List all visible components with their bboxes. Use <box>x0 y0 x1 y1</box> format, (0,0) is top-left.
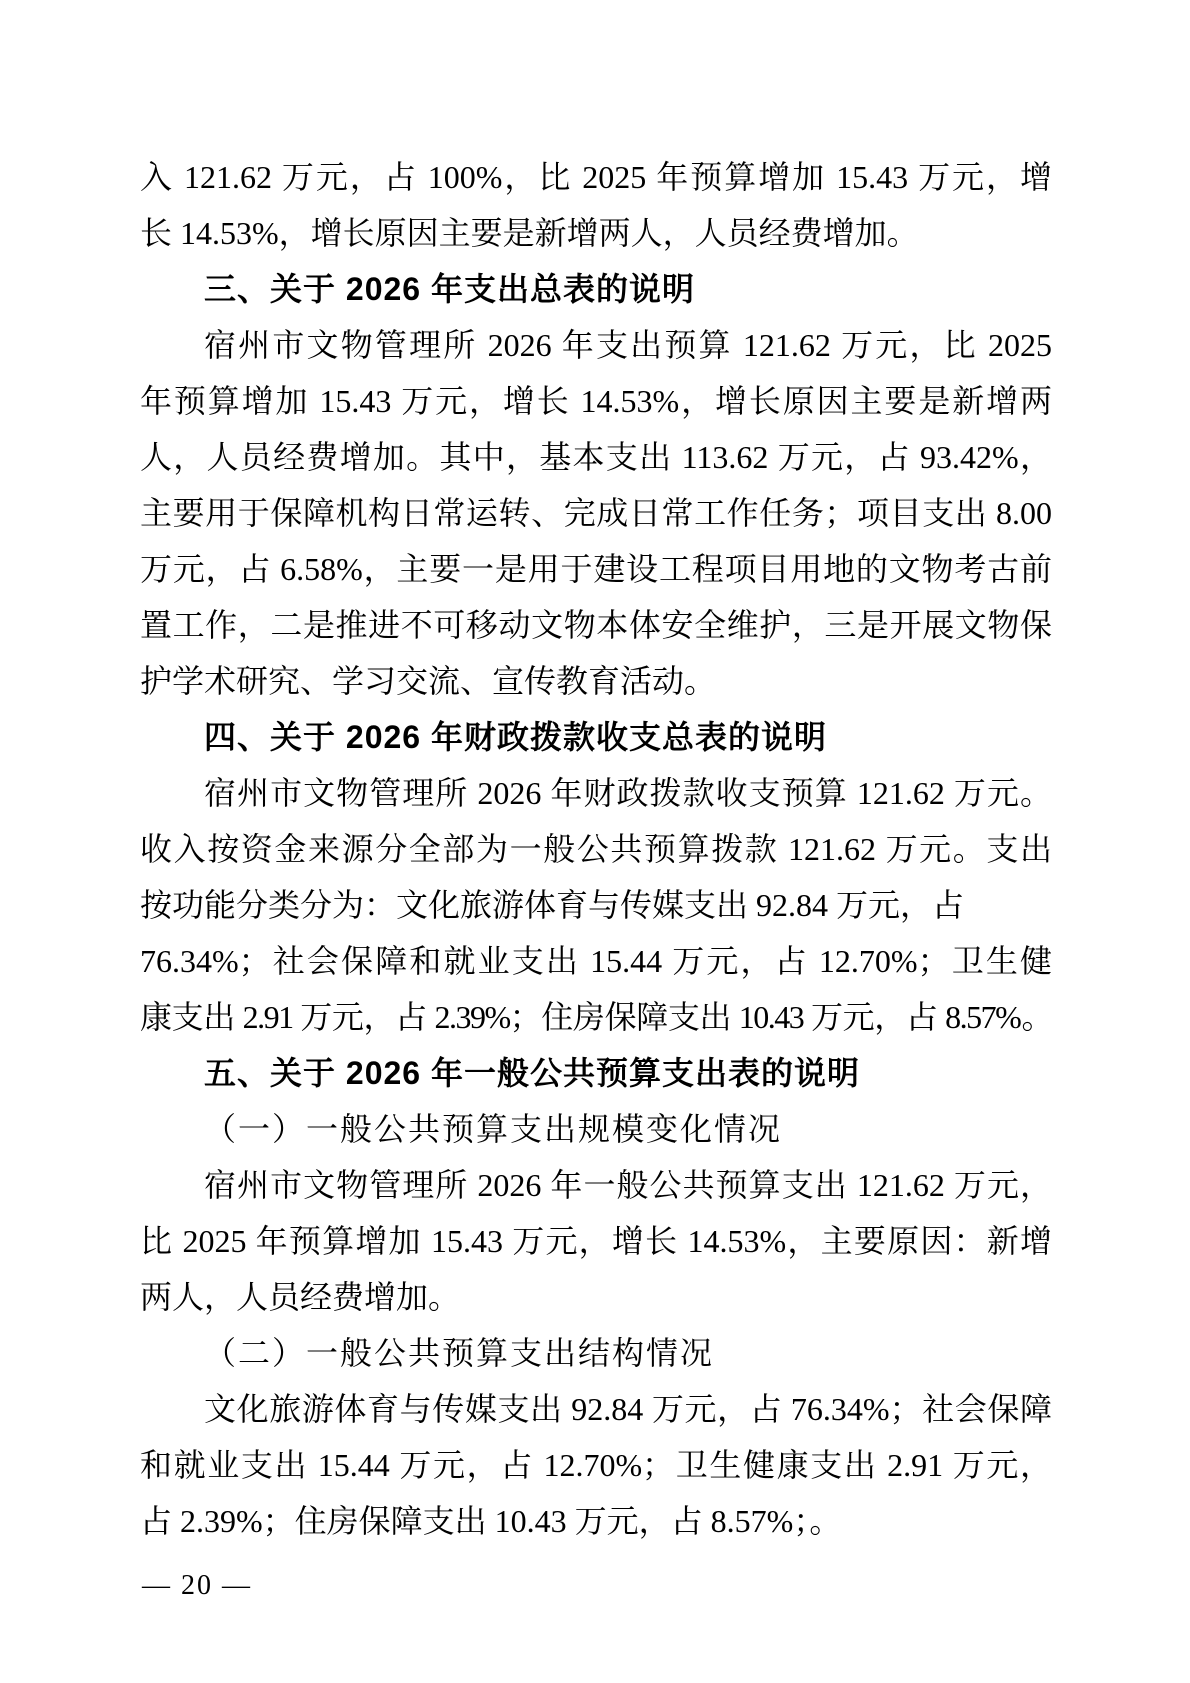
body-text-line: 两人，人员经费增加。 <box>140 1269 1052 1325</box>
body-text-line: 入 121.62 万元，占 100%，比 2025 年预算增加 15.43 万元… <box>140 149 1052 205</box>
body-text-line: 按功能分类分为：文化旅游体育与传媒支出 92.84 万元，占 <box>140 877 1052 933</box>
section-heading-3: 三、关于 2026 年支出总表的说明 <box>140 261 1052 317</box>
body-text-line: 和就业支出 15.44 万元，占 12.70%；卫生健康支出 2.91 万元， <box>140 1437 1052 1493</box>
page-number: — 20 — <box>142 1566 252 1606</box>
body-text-line: 人，人员经费增加。其中，基本支出 113.62 万元，占 93.42%， <box>140 429 1052 485</box>
body-text-line: 占 2.39%；住房保障支出 10.43 万元，占 8.57%；。 <box>140 1493 1052 1549</box>
subsection-heading-1: （一）一般公共预算支出规模变化情况 <box>140 1101 1052 1157</box>
body-text-line: 宿州市文物管理所 2026 年支出预算 121.62 万元，比 2025 <box>140 317 1052 373</box>
body-text-line: 长 14.53%，增长原因主要是新增两人，人员经费增加。 <box>140 205 1052 261</box>
document-text-column: 入 121.62 万元，占 100%，比 2025 年预算增加 15.43 万元… <box>140 149 1052 1549</box>
body-text-line: 康支出 2.91 万元，占 2.39%；住房保障支出 10.43 万元，占 8.… <box>140 989 1052 1045</box>
body-text-line: 年预算增加 15.43 万元，增长 14.53%，增长原因主要是新增两 <box>140 373 1052 429</box>
body-text-line: 文化旅游体育与传媒支出 92.84 万元，占 76.34%；社会保障 <box>140 1381 1052 1437</box>
body-text-line: 宿州市文物管理所 2026 年财政拨款收支预算 121.62 万元。 <box>140 765 1052 821</box>
section-heading-5: 五、关于 2026 年一般公共预算支出表的说明 <box>140 1045 1052 1101</box>
body-text-line: 76.34%；社会保障和就业支出 15.44 万元，占 12.70%；卫生健 <box>140 933 1052 989</box>
body-text-line: 护学术研究、学习交流、宣传教育活动。 <box>140 653 1052 709</box>
section-heading-4: 四、关于 2026 年财政拨款收支总表的说明 <box>140 709 1052 765</box>
body-text-line: 置工作，二是推进不可移动文物本体安全维护，三是开展文物保 <box>140 597 1052 653</box>
body-text-line: 收入按资金来源分全部为一般公共预算拨款 121.62 万元。支出 <box>140 821 1052 877</box>
body-text-line: 万元，占 6.58%，主要一是用于建设工程项目用地的文物考古前 <box>140 541 1052 597</box>
body-text-line: 宿州市文物管理所 2026 年一般公共预算支出 121.62 万元， <box>140 1157 1052 1213</box>
body-text-line: 主要用于保障机构日常运转、完成日常工作任务；项目支出 8.00 <box>140 485 1052 541</box>
subsection-heading-2: （二）一般公共预算支出结构情况 <box>140 1325 1052 1381</box>
document-page: 入 121.62 万元，占 100%，比 2025 年预算增加 15.43 万元… <box>0 0 1190 1683</box>
body-text-line: 比 2025 年预算增加 15.43 万元，增长 14.53%，主要原因：新增 <box>140 1213 1052 1269</box>
